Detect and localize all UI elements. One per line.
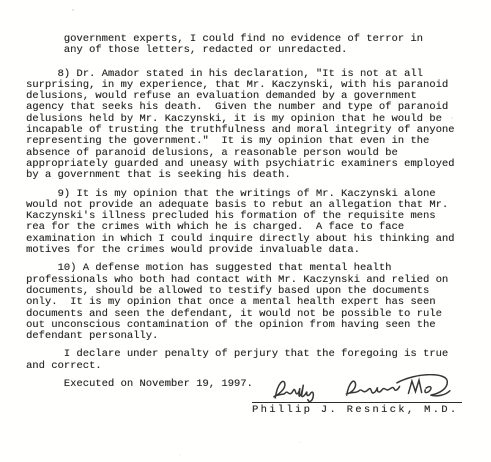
signature-typed-name: Phillip J. Resnick, M.D. (252, 404, 466, 416)
scanned-document-page: government experts, I could find no evid… (0, 0, 491, 462)
continuation-paragraph: government experts, I could find no evid… (26, 34, 477, 57)
paragraph-9: 9) It is my opinion that the writings of… (26, 189, 477, 257)
perjury-declaration: I declare under penalty of perjury that … (26, 349, 477, 372)
handwritten-signature-icon (252, 374, 466, 404)
signature-block: Phillip J. Resnick, M.D. (252, 374, 466, 416)
signature-underline (252, 402, 462, 403)
document-body-text: government experts, I could find no evid… (26, 34, 477, 390)
paragraph-10: 10) A defense motion has suggested that … (26, 263, 477, 342)
paragraph-8: 8) Dr. Amador stated in his declaration,… (26, 69, 477, 182)
